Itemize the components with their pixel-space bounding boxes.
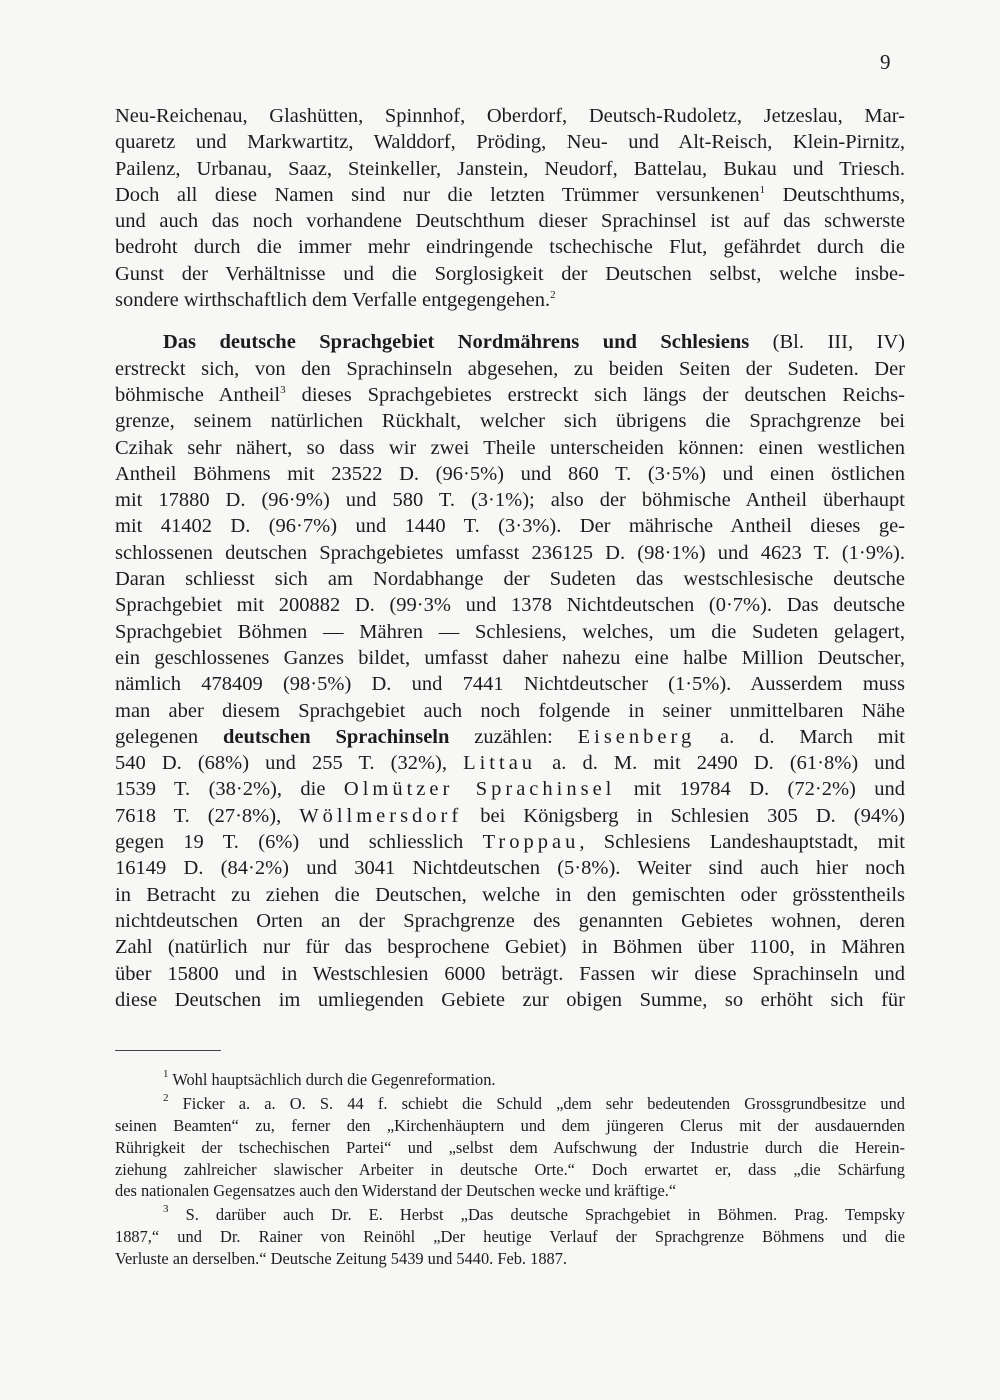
body-text: Neu-Reichenau, Glashütten, Spinnhof, Obe…: [115, 103, 905, 1013]
text-line: man aber diesem Sprachgebiet auch noch f…: [115, 698, 905, 724]
spaced-place-name: Troppau: [483, 831, 580, 853]
bold-term: deutschen Sprachinseln: [223, 726, 449, 748]
footnote-line: 3 S. darüber auch Dr. E. Herbst „Das deu…: [115, 1204, 905, 1226]
text-line: Neu-Reichenau, Glashütten, Spinnhof, Obe…: [115, 103, 905, 129]
text-line: quaretz und Markwartitz, Walddorf, Prödi…: [115, 129, 905, 155]
text-line: sondere wirthschaftlich dem Verfalle ent…: [115, 287, 905, 313]
text-line: 16149 D. (84·2%) und 3041 Nichtdeutschen…: [115, 855, 905, 881]
section-heading-line: Das deutsche Sprachgebiet Nordmährens un…: [115, 329, 905, 355]
section-heading: Das deutsche Sprachgebiet Nordmährens un…: [163, 331, 749, 353]
footnote-3: 3 S. darüber auch Dr. E. Herbst „Das deu…: [115, 1204, 905, 1270]
spaced-place-name: Wöllmersdorf: [299, 805, 462, 827]
text-line: Daran schliesst sich am Nordabhange der …: [115, 566, 905, 592]
text-line: nichtdeutschen Orten an der Sprachgrenze…: [115, 908, 905, 934]
text-line: ein geschlossenes Ganzes bildet, umfasst…: [115, 645, 905, 671]
spaced-place-name: Littau: [463, 752, 536, 774]
footnote-marker: 2: [163, 1092, 169, 1104]
text-line: 1539 T. (38·2%), die Olmützer Sprachinse…: [115, 776, 905, 802]
text-line: Czihak sehr nähert, so dass wir zwei The…: [115, 435, 905, 461]
footnote-line: 2 Ficker a. a. O. S. 44 f. schiebt die S…: [115, 1093, 905, 1115]
text-line: bedroht durch die immer mehr eindringend…: [115, 234, 905, 260]
text-line: mit 41402 D. (96·7%) und 1440 T. (3·3%).…: [115, 513, 905, 539]
text-line: Antheil Böhmens mit 23522 D. (96·5%) und…: [115, 461, 905, 487]
text-line: diese Deutschen im umliegenden Gebiete z…: [115, 987, 905, 1013]
text-line: gegen 19 T. (6%) und schliesslich Troppa…: [115, 829, 905, 855]
text-line: in Betracht zu ziehen die Deutschen, wel…: [115, 882, 905, 908]
page-number: 9: [880, 50, 891, 75]
spaced-place-name: Olmützer Sprachinsel: [344, 778, 615, 800]
text-line: Pailenz, Urbanau, Saaz, Steinkeller, Jan…: [115, 156, 905, 182]
text-line: Sprachgebiet mit 200882 D. (99·3% und 13…: [115, 592, 905, 618]
footnote-line: Verluste an derselben.“ Deutsche Zeitung…: [115, 1248, 905, 1270]
text-line: gelegenen deutschen Sprachinseln zuzähle…: [115, 724, 905, 750]
text-line: Doch all diese Namen sind nur die letzte…: [115, 182, 905, 208]
footnotes: 1 Wohl hauptsächlich durch die Gegenrefo…: [115, 1069, 905, 1270]
text-line: über 15800 und in Westschlesien 6000 bet…: [115, 961, 905, 987]
text-line: Gunst der Verhältnisse und die Sorglosig…: [115, 261, 905, 287]
paragraph-2: Das deutsche Sprachgebiet Nordmährens un…: [115, 329, 905, 1013]
text-line: mit 17880 D. (96·9%) und 580 T. (3·1%); …: [115, 487, 905, 513]
text-line: Zahl (natürlich nur für das besprochene …: [115, 934, 905, 960]
footnote-ref-2[interactable]: 2: [550, 289, 556, 301]
text-line: Sprachgebiet Böhmen — Mähren — Schlesien…: [115, 619, 905, 645]
footnote-line: Rührigkeit der tschechischen Partei“ und…: [115, 1137, 905, 1159]
footnote-line: seinen Beamten“ zu, ferner den „Kirchenh…: [115, 1115, 905, 1137]
paragraph-gap: [115, 313, 905, 329]
text-line: nämlich 478409 (98·5%) D. und 7441 Nicht…: [115, 671, 905, 697]
footnote-marker: 1: [163, 1068, 169, 1080]
text-line: grenze, seinem natürlichen Rückhalt, wel…: [115, 408, 905, 434]
footnote-divider: [115, 1050, 221, 1051]
spaced-place-name: Eisenberg: [578, 726, 696, 748]
text-line: erstreckt sich, von den Sprachinseln abg…: [115, 356, 905, 382]
text-line: 7618 T. (27·8%), Wöllmersdorf bei Königs…: [115, 803, 905, 829]
text-line: böhmische Antheil3 dieses Sprachgebietes…: [115, 382, 905, 408]
text-line: und auch das noch vorhandene Deutschthum…: [115, 208, 905, 234]
footnote-line: des nationalen Gegensatzes auch den Wide…: [115, 1180, 905, 1202]
footnote-marker: 3: [163, 1203, 169, 1215]
text-line: schlossenen deutschen Sprachgebietes umf…: [115, 540, 905, 566]
footnote-line: 1 Wohl hauptsächlich durch die Gegenrefo…: [115, 1069, 905, 1091]
footnote-line: 1887,“ und Dr. Rainer von Reinöhl „Der h…: [115, 1226, 905, 1248]
footnote-2: 2 Ficker a. a. O. S. 44 f. schiebt die S…: [115, 1093, 905, 1202]
paragraph-1: Neu-Reichenau, Glashütten, Spinnhof, Obe…: [115, 103, 905, 313]
footnote-1: 1 Wohl hauptsächlich durch die Gegenrefo…: [115, 1069, 905, 1091]
text-line: 540 D. (68%) und 255 T. (32%), Littau a.…: [115, 750, 905, 776]
footnote-line: ziehung zahlreicher slawischer Arbeiter …: [115, 1159, 905, 1181]
